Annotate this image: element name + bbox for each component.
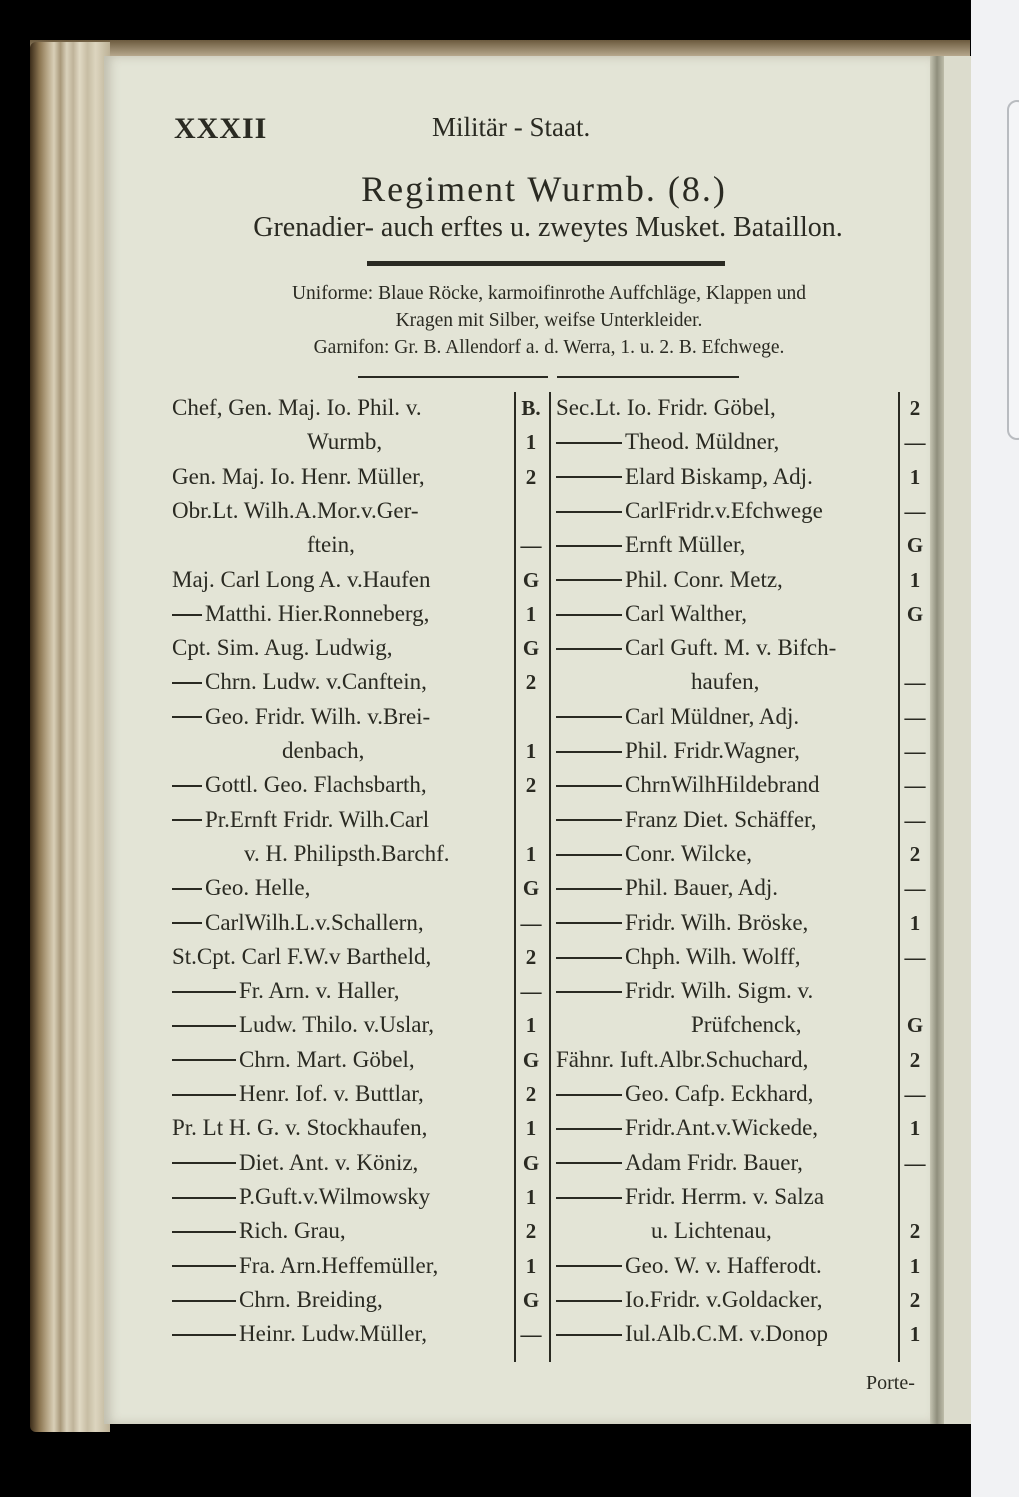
officer-entry: Ernft Müller, (556, 528, 745, 562)
ditto-dash (172, 1265, 236, 1267)
officer-name: Pr. Lt H. G. v. Stockhaufen, (172, 1115, 427, 1140)
ditto-dash (172, 785, 202, 787)
officer-entry: Fridr. Wilh. Sigm. v. (556, 974, 813, 1008)
ditto-dash (556, 819, 622, 821)
ditto-dash (556, 442, 622, 444)
ditto-dash (172, 922, 202, 924)
officer-name: Gen. Maj. Io. Henr. Müller, (172, 464, 425, 489)
battalion-mark: — (903, 734, 927, 768)
officer-entry: haufen, (691, 665, 759, 699)
officer-name: Chef, Gen. Maj. Io. Phil. v. (172, 395, 422, 420)
officer-name: Fridr.Ant.v.Wickede, (625, 1115, 818, 1140)
battalion-mark: — (519, 974, 543, 1008)
officer-entry: Matthi. Hier.Ronneberg, (172, 597, 429, 631)
running-head: XXXII Militär - Staat. (174, 112, 914, 148)
divider-right-marks (898, 392, 900, 1362)
battalion-mark: 2 (519, 665, 543, 699)
page-gutter-fold (930, 56, 944, 1424)
officer-name: Carl Walther, (625, 601, 747, 626)
battalion-mark: 1 (519, 1111, 543, 1145)
officer-entry: Prüfchenck, (691, 1008, 802, 1042)
page-number: XXXII (174, 112, 267, 146)
officer-entry: Pr. Lt H. G. v. Stockhaufen, (172, 1111, 427, 1145)
officer-name: v. H. Philipsth.Barchf. (244, 841, 450, 866)
officer-name: Obr.Lt. Wilh.A.Mor.v.Ger- (172, 498, 418, 523)
uniform-line-2: Kragen mit Silber, weifse Unterkleider. (174, 307, 924, 334)
battalion-mark: 1 (519, 425, 543, 459)
officer-entry: Chrn. Ludw. v.Canftein, (172, 665, 427, 699)
ditto-dash (556, 991, 622, 993)
officer-entry: Fridr.Ant.v.Wickede, (556, 1111, 818, 1145)
ditto-dash (556, 648, 622, 650)
ditto-dash (556, 1300, 622, 1302)
officer-entry: Carl Walther, (556, 597, 747, 631)
officer-name: CarlWilh.L.v.Schallern, (205, 910, 424, 935)
ditto-dash (172, 1197, 236, 1199)
officer-name: Conr. Wilcke, (625, 841, 752, 866)
ditto-dash (172, 1094, 236, 1096)
next-page-strip (944, 56, 971, 1424)
uniform-block: Uniforme: Blaue Röcke, karmoifinrothe Au… (174, 280, 924, 361)
officer-entry: Gottl. Geo. Flachsbarth, (172, 768, 427, 802)
officer-name: Franz Diet. Schäffer, (625, 807, 817, 832)
officer-entry: Chef, Gen. Maj. Io. Phil. v. (172, 391, 422, 425)
running-title: Militär - Staat. (432, 112, 590, 143)
officer-name: Maj. Carl Long A. v.Haufen (172, 567, 430, 592)
officer-name: ftein, (307, 532, 355, 557)
officer-name: Geo. W. v. Hafferodt. (625, 1253, 822, 1278)
officer-entry: Geo. Cafp. Eckhard, (556, 1077, 813, 1111)
battalion-mark: 1 (519, 1180, 543, 1214)
officer-entry: Henr. Iof. v. Buttlar, (172, 1077, 424, 1111)
officer-name: Ernft Müller, (625, 532, 745, 557)
officer-name: Fridr. Herrm. v. Salza (625, 1184, 824, 1209)
ditto-dash (556, 1128, 622, 1130)
officer-entry: CarlFridr.v.Efchwege (556, 494, 823, 528)
ditto-dash (556, 854, 622, 856)
officer-name: Fridr. Wilh. Bröske, (625, 910, 808, 935)
officer-name: Phil. Fridr.Wagner, (625, 738, 800, 763)
officer-name: Rich. Grau, (239, 1218, 346, 1243)
battalion-mark: 2 (903, 1043, 927, 1077)
officer-name: Elard Biskamp, Adj. (625, 464, 813, 489)
officer-name: denbach, (282, 738, 364, 763)
regiment-title: Regiment Wurmb. (8.) (174, 168, 914, 210)
ditto-dash (556, 957, 622, 959)
battalion-mark: 1 (903, 906, 927, 940)
ditto-dash (172, 1162, 236, 1164)
officer-name: haufen, (691, 669, 759, 694)
battalion-mark: G (903, 528, 927, 562)
officer-name: Fridr. Wilh. Sigm. v. (625, 978, 813, 1003)
ditto-dash (172, 1334, 236, 1336)
officer-name: Geo. Cafp. Eckhard, (625, 1081, 813, 1106)
ditto-dash (172, 819, 202, 821)
ditto-dash (172, 888, 202, 890)
officer-entry: Obr.Lt. Wilh.A.Mor.v.Ger- (172, 494, 418, 528)
ditto-dash (556, 888, 622, 890)
battalion-mark: — (519, 528, 543, 562)
battalion-mark: 1 (519, 1249, 543, 1283)
officer-name: Cpt. Sim. Aug. Ludwig, (172, 635, 392, 660)
officer-entry: Ludw. Thilo. v.Uslar, (172, 1008, 434, 1042)
officer-entry: Chph. Wilh. Wolff, (556, 940, 801, 974)
officer-entry: u. Lichtenau, (651, 1214, 772, 1248)
officer-entry: Fr. Arn. v. Haller, (172, 974, 399, 1008)
officer-name: Io.Fridr. v.Goldacker, (625, 1287, 823, 1312)
battalion-mark: G (519, 1043, 543, 1077)
officer-name: Ludw. Thilo. v.Uslar, (239, 1012, 434, 1037)
officer-name: Carl Müldner, Adj. (625, 704, 799, 729)
ditto-dash (556, 476, 622, 478)
officer-name: Heinr. Ludw.Müller, (239, 1321, 427, 1346)
officer-entry: ftein, (307, 528, 355, 562)
officer-name: St.Cpt. Carl F.W.v Bartheld, (172, 944, 431, 969)
officer-name: Geo. Helle, (205, 875, 310, 900)
battalion-mark: — (903, 871, 927, 905)
officer-name: Chrn. Mart. Göbel, (239, 1047, 415, 1072)
title-rule (367, 261, 725, 266)
ditto-dash (172, 1059, 236, 1061)
officer-entry: Wurmb, (307, 425, 382, 459)
battalion-mark: B. (519, 391, 543, 425)
battalion-mark: — (903, 665, 927, 699)
officer-entry: Carl Müldner, Adj. (556, 700, 799, 734)
battalion-mark: G (903, 597, 927, 631)
officer-name: Matthi. Hier.Ronneberg, (205, 601, 429, 626)
ditto-dash (556, 785, 622, 787)
garrison-line: Garnifon: Gr. B. Allendorf a. d. Werra, … (174, 334, 924, 361)
officer-entry: Iul.Alb.C.M. v.Donop (556, 1317, 828, 1351)
ditto-dash (172, 1231, 236, 1233)
battalion-mark: 2 (519, 940, 543, 974)
battalion-mark: — (903, 940, 927, 974)
battalion-mark: G (519, 871, 543, 905)
ditto-dash (556, 751, 622, 753)
ditto-dash (172, 682, 202, 684)
officer-name: Carl Guft. M. v. Bifch- (625, 635, 836, 660)
officer-entry: Io.Fridr. v.Goldacker, (556, 1283, 823, 1317)
battalion-mark: — (903, 803, 927, 837)
officer-entry: Rich. Grau, (172, 1214, 346, 1248)
officer-entry: Theod. Müldner, (556, 425, 779, 459)
ditto-dash (556, 1094, 622, 1096)
battalion-mark: G (519, 1146, 543, 1180)
battalion-mark: — (903, 1146, 927, 1180)
officer-entry: Phil. Fridr.Wagner, (556, 734, 800, 768)
battalion-mark: — (903, 1077, 927, 1111)
officer-name: CarlFridr.v.Efchwege (625, 498, 823, 523)
officer-name: Diet. Ant. v. Köniz, (239, 1150, 418, 1175)
battalion-mark: — (519, 906, 543, 940)
officer-entry: Maj. Carl Long A. v.Haufen (172, 563, 430, 597)
garrison-label: Garnifon: (314, 337, 390, 358)
battalion-mark: 1 (519, 837, 543, 871)
officer-entry: Geo. Helle, (172, 871, 310, 905)
officer-entry: Fra. Arn.Heffemüller, (172, 1249, 438, 1283)
ditto-dash (556, 545, 622, 547)
ditto-dash (556, 922, 622, 924)
officer-name: u. Lichtenau, (651, 1218, 772, 1243)
battalion-mark: 1 (903, 563, 927, 597)
officer-entry: Diet. Ant. v. Köniz, (172, 1146, 418, 1180)
officer-entry: Elard Biskamp, Adj. (556, 460, 813, 494)
book-page-edges (30, 42, 110, 1432)
battalion-mark: — (903, 494, 927, 528)
officer-entry: Pr.Ernft Fridr. Wilh.Carl (172, 803, 429, 837)
divider-center (549, 392, 551, 1362)
ditto-dash (172, 614, 202, 616)
officer-entry: Phil. Conr. Metz, (556, 563, 783, 597)
officer-name: Chrn. Breiding, (239, 1287, 383, 1312)
officer-name: Gottl. Geo. Flachsbarth, (205, 772, 427, 797)
officer-name: Geo. Fridr. Wilh. v.Brei- (205, 704, 430, 729)
officer-entry: Fridr. Wilh. Bröske, (556, 906, 808, 940)
officer-entry: Fridr. Herrm. v. Salza (556, 1180, 824, 1214)
officer-entry: Geo. W. v. Hafferodt. (556, 1249, 822, 1283)
officer-entry: Adam Fridr. Bauer, (556, 1146, 803, 1180)
divider-left-marks (514, 392, 516, 1362)
battalion-mark: 2 (519, 460, 543, 494)
section-rule-right (557, 376, 739, 378)
ditto-dash (556, 1334, 622, 1336)
officer-entry: ChrnWilhHildebrand (556, 768, 820, 802)
uniform-line-1: Uniforme: Blaue Röcke, karmoifinrothe Au… (174, 280, 924, 307)
officer-name: Theod. Müldner, (625, 429, 779, 454)
battalion-mark: 2 (903, 837, 927, 871)
battalion-mark: G (519, 563, 543, 597)
battalion-mark: 1 (519, 734, 543, 768)
officer-entry: Conr. Wilcke, (556, 837, 752, 871)
officer-name: Iul.Alb.C.M. v.Donop (625, 1321, 828, 1346)
officer-name: Wurmb, (307, 429, 382, 454)
officer-entry: CarlWilh.L.v.Schallern, (172, 906, 424, 940)
officer-entry: St.Cpt. Carl F.W.v Bartheld, (172, 940, 431, 974)
battalion-mark: 2 (903, 1214, 927, 1248)
officer-entry: denbach, (282, 734, 364, 768)
officer-entry: Phil. Bauer, Adj. (556, 871, 778, 905)
officer-name: Fra. Arn.Heffemüller, (239, 1253, 438, 1278)
ditto-dash (556, 716, 622, 718)
battalion-mark: G (519, 631, 543, 665)
officer-entry: Chrn. Breiding, (172, 1283, 383, 1317)
battalion-mark: — (903, 425, 927, 459)
officer-entry: v. H. Philipsth.Barchf. (244, 837, 450, 871)
ditto-dash (172, 1025, 236, 1027)
officer-name: P.Guft.v.Wilmowsky (239, 1184, 430, 1209)
officer-entry: Carl Guft. M. v. Bifch- (556, 631, 836, 665)
battalion-mark: — (903, 700, 927, 734)
uniform-text-1: Blaue Röcke, karmoifinrothe Auffchläge, … (378, 283, 806, 304)
battalion-mark: G (903, 1008, 927, 1042)
officer-name: Sec.Lt. Io. Fridr. Göbel, (556, 395, 776, 420)
battalion-mark: G (519, 1283, 543, 1317)
battalion-mark: 2 (519, 1077, 543, 1111)
officer-entry: Franz Diet. Schäffer, (556, 803, 817, 837)
ditto-dash (556, 1265, 622, 1267)
battalion-mark: 1 (519, 597, 543, 631)
officer-name: Phil. Conr. Metz, (625, 567, 783, 592)
battalion-mark: 2 (519, 768, 543, 802)
officer-name: Phil. Bauer, Adj. (625, 875, 778, 900)
officer-name: Chph. Wilh. Wolff, (625, 944, 801, 969)
officer-name: ChrnWilhHildebrand (625, 772, 820, 797)
ditto-dash (556, 511, 622, 513)
battalion-mark: — (519, 1317, 543, 1351)
officer-name: Chrn. Ludw. v.Canftein, (205, 669, 427, 694)
officer-entry: Gen. Maj. Io. Henr. Müller, (172, 460, 425, 494)
battalion-mark: 2 (519, 1214, 543, 1248)
ditto-dash (556, 1162, 622, 1164)
officer-name: Prüfchenck, (691, 1012, 802, 1037)
uniform-label: Uniforme: (292, 283, 373, 304)
battalion-mark: 1 (903, 1317, 927, 1351)
garrison-text: Gr. B. Allendorf a. d. Werra, 1. u. 2. B… (394, 337, 784, 358)
battalion-mark: 1 (903, 1111, 927, 1145)
ditto-dash (172, 991, 236, 993)
catchword: Porte- (866, 1372, 915, 1395)
officer-entry: P.Guft.v.Wilmowsky (172, 1180, 430, 1214)
battalion-mark: 2 (903, 1283, 927, 1317)
battalion-mark: 1 (903, 1249, 927, 1283)
section-rule-left (358, 376, 548, 378)
viewer-scrollbar[interactable] (1007, 100, 1019, 440)
ditto-dash (556, 1197, 622, 1199)
officer-entry: Chrn. Mart. Göbel, (172, 1043, 415, 1077)
officer-entry: Sec.Lt. Io. Fridr. Göbel, (556, 391, 776, 425)
ditto-dash (172, 716, 202, 718)
battalion-mark: 1 (519, 1008, 543, 1042)
battalion-mark: 1 (903, 460, 927, 494)
officer-name: Henr. Iof. v. Buttlar, (239, 1081, 424, 1106)
officer-entry: Geo. Fridr. Wilh. v.Brei- (172, 700, 430, 734)
officer-name: Fr. Arn. v. Haller, (239, 978, 399, 1003)
ditto-dash (556, 579, 622, 581)
officer-name: Pr.Ernft Fridr. Wilh.Carl (205, 807, 429, 832)
officer-entry: Heinr. Ludw.Müller, (172, 1317, 427, 1351)
ditto-dash (172, 1300, 236, 1302)
officer-entry: Fähnr. Iuft.Albr.Schuchard, (556, 1043, 808, 1077)
officer-name: Fähnr. Iuft.Albr.Schuchard, (556, 1047, 808, 1072)
ditto-dash (556, 614, 622, 616)
battalion-mark: 2 (903, 391, 927, 425)
officer-name: Adam Fridr. Bauer, (625, 1150, 803, 1175)
battalion-mark: — (903, 768, 927, 802)
officer-entry: Cpt. Sim. Aug. Ludwig, (172, 631, 392, 665)
regiment-subtitle: Grenadier- auch erftes u. zweytes Musket… (168, 212, 928, 244)
